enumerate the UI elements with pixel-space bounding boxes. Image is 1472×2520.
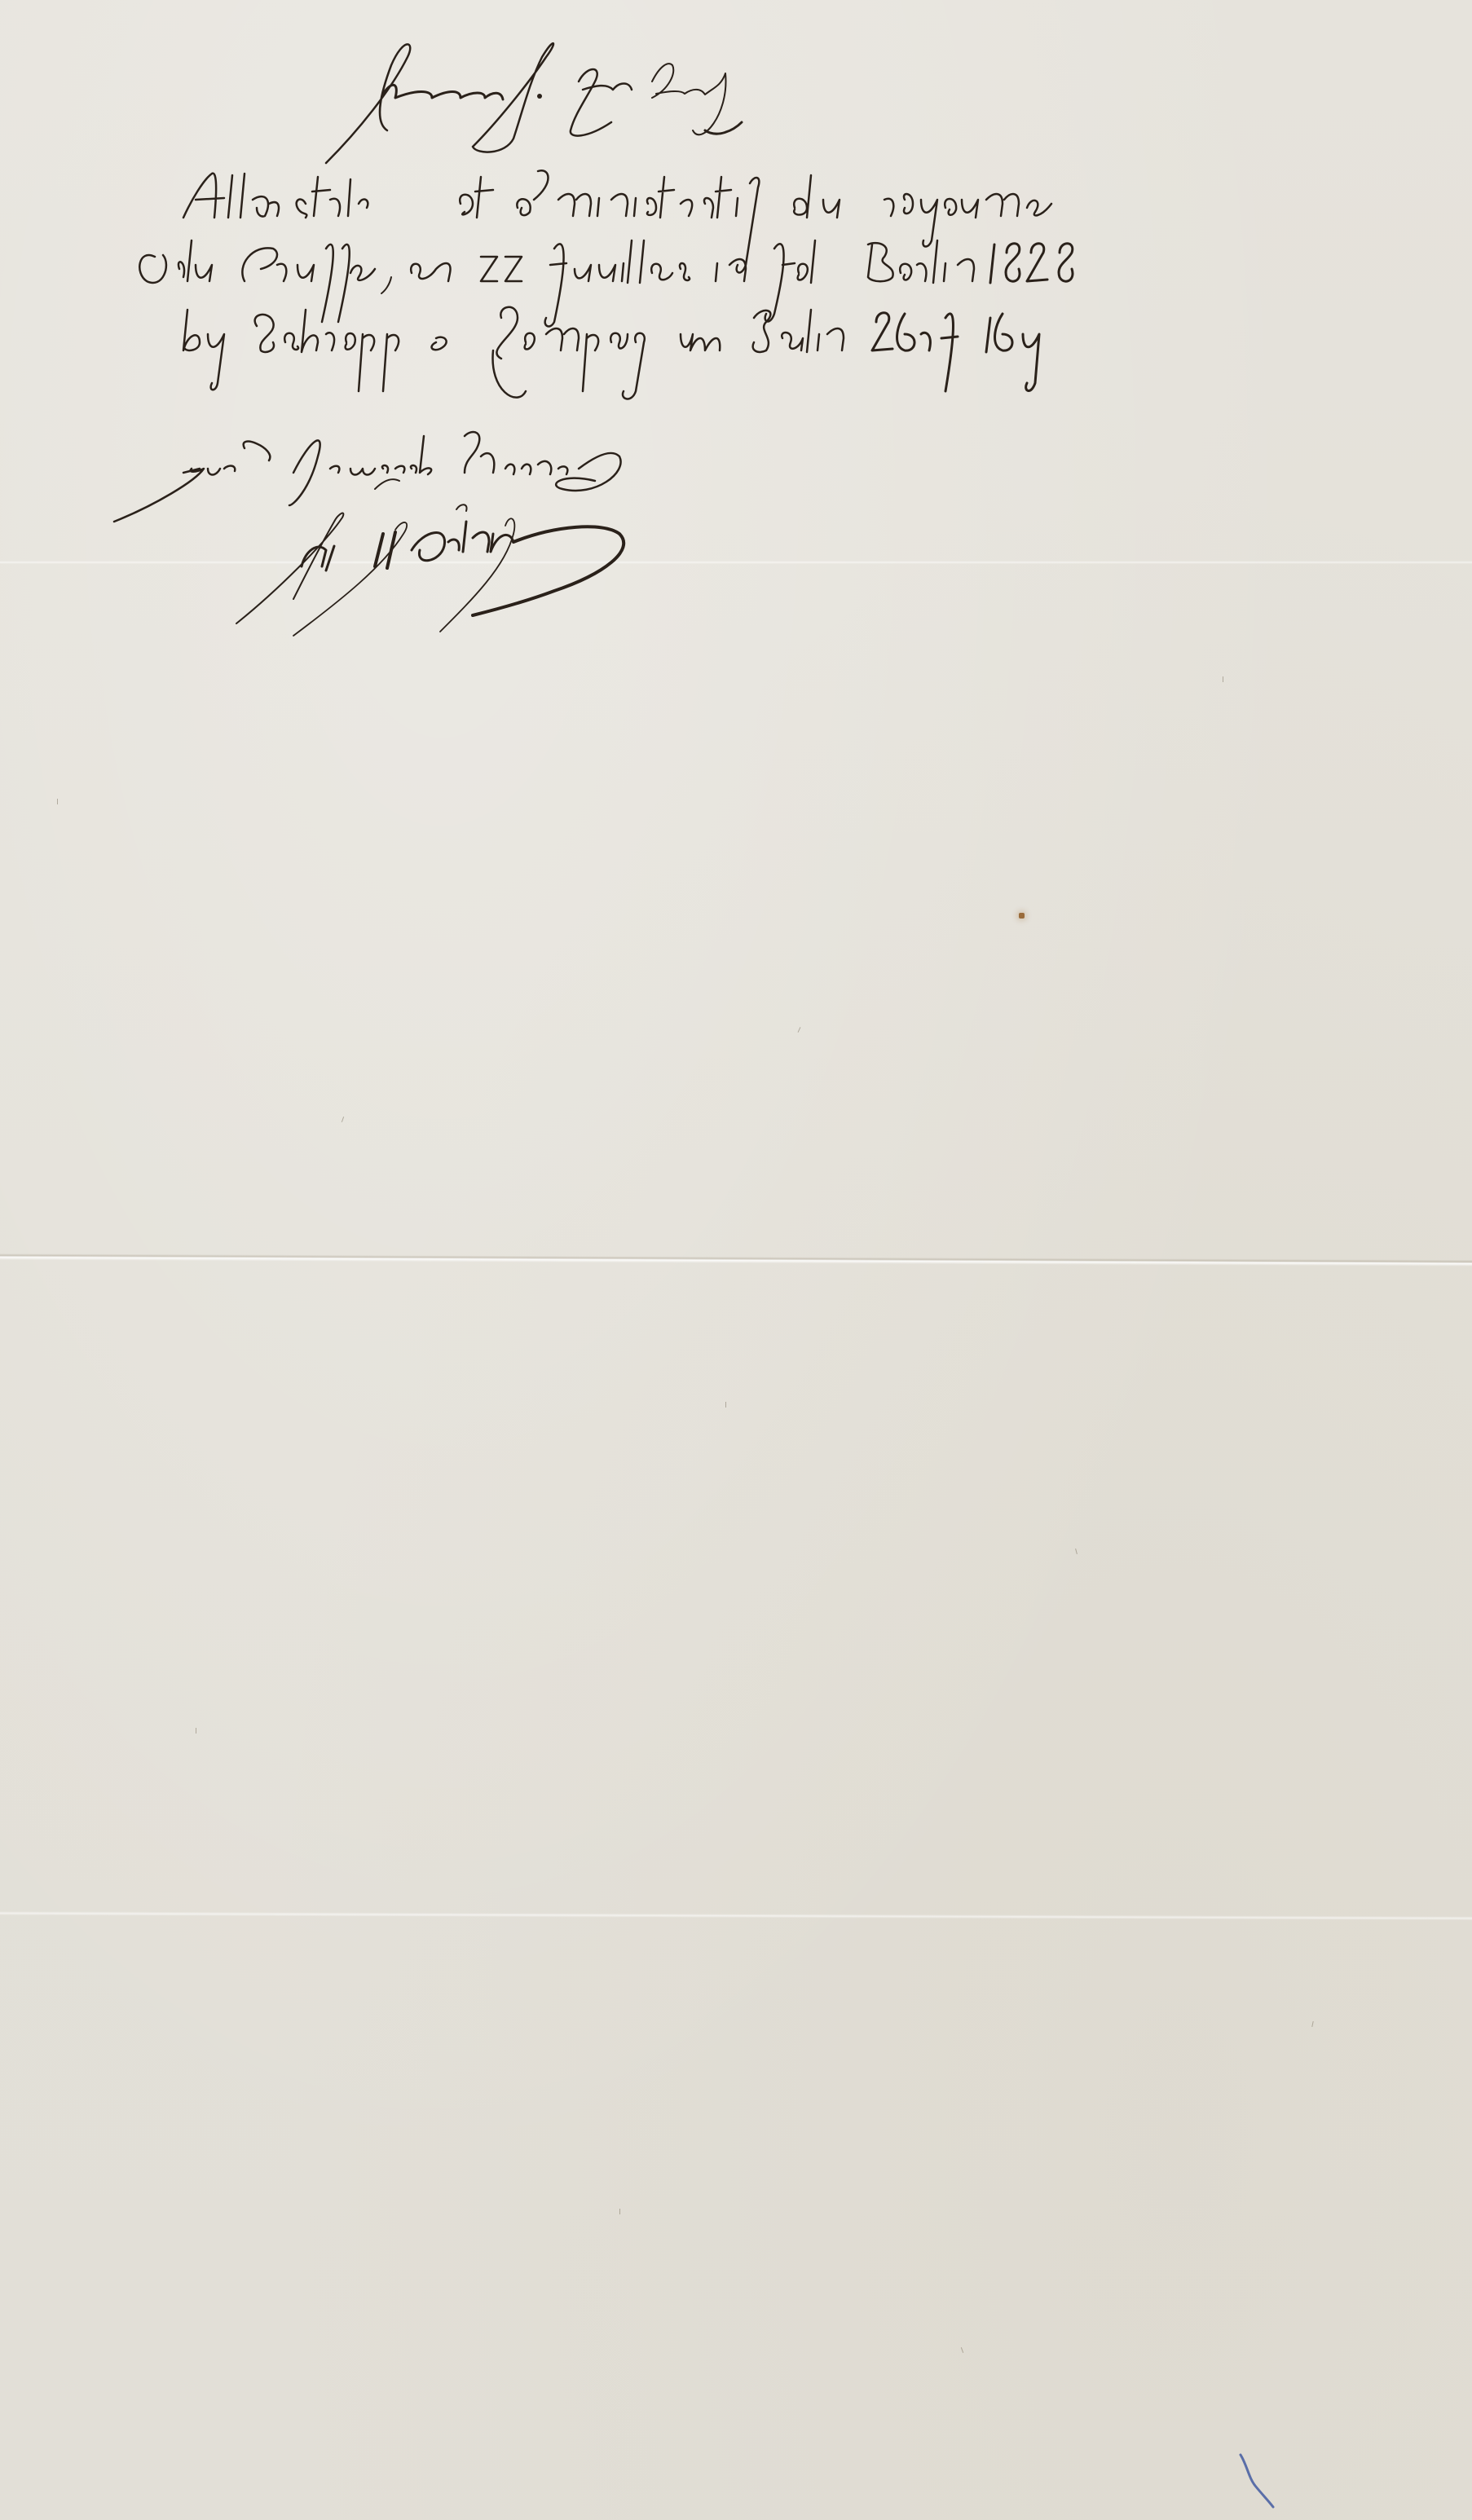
line-bey-schropp xyxy=(175,302,1463,408)
paper-fleck xyxy=(1223,676,1223,682)
line-atlas-statisque xyxy=(175,167,1398,224)
ink-spot xyxy=(1019,913,1025,919)
blue-pen-mark xyxy=(1239,2453,1280,2520)
paper-fleck xyxy=(725,1402,726,1408)
paper-fleck xyxy=(196,1728,196,1734)
signature xyxy=(228,501,848,648)
paper-fleck xyxy=(57,799,58,804)
paper-fleck xyxy=(619,2209,620,2214)
heading-script xyxy=(310,33,1206,179)
